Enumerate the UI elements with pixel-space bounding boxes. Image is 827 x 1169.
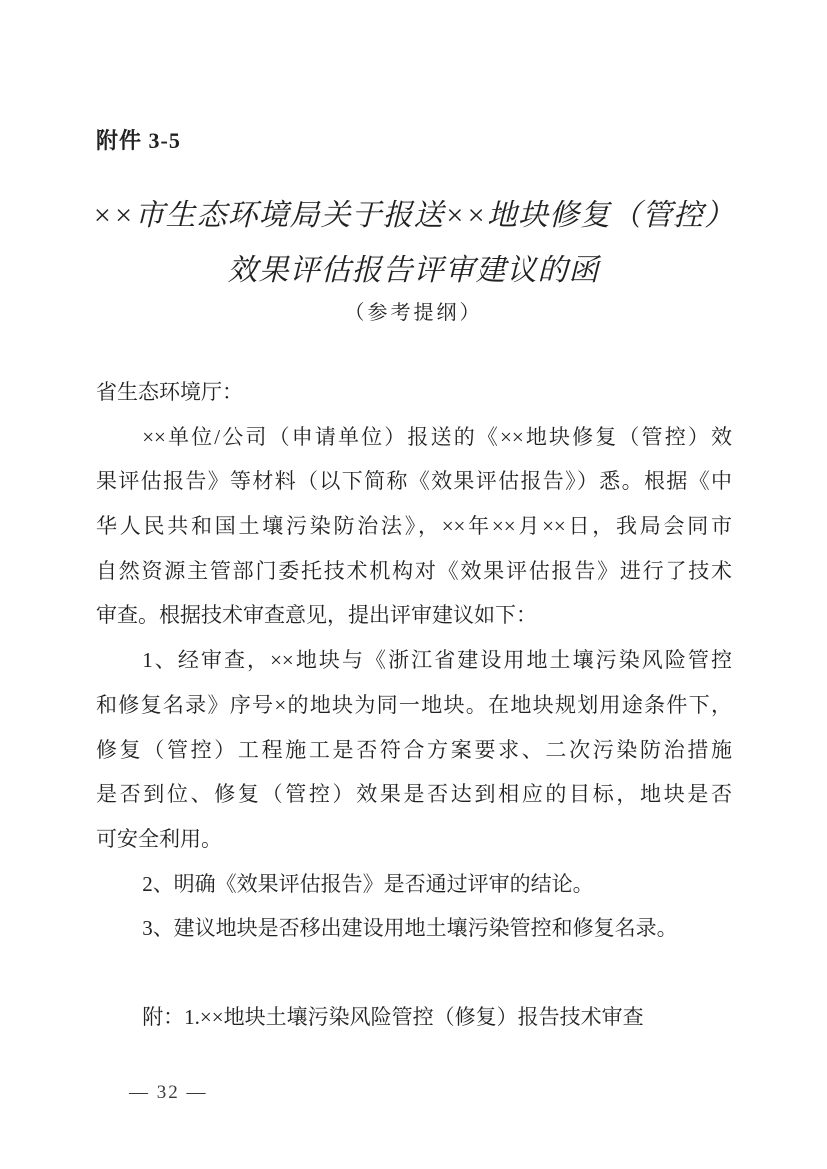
body-line: 审查。根据技术审查意见，提出评审建议如下： <box>96 593 732 638</box>
document-body: 省生态环境厅： ××单位/公司（申请单位）报送的《××地块修复（管控）效果评估报… <box>96 370 732 951</box>
body-line: ××单位/公司（申请单位）报送的《××地块修复（管控）效 <box>96 415 732 460</box>
attachment-label: 附件 3-5 <box>96 124 181 155</box>
body-line: 1、经审查，××地块与《浙江省建设用地土壤污染风险管控 <box>96 638 732 683</box>
body-paragraphs: ××单位/公司（申请单位）报送的《××地块修复（管控）效果评估报告》等材料（以下… <box>96 415 732 951</box>
body-paragraph: 2、明确《效果评估报告》是否通过评审的结论。 <box>96 862 732 907</box>
document-subtitle: （参考提纲） <box>0 296 827 325</box>
document-page: 附件 3-5 ××市生态环境局关于报送××地块修复（管控） 效果评估报告评审建议… <box>0 0 827 1169</box>
salutation: 省生态环境厅： <box>96 370 732 415</box>
document-title: ××市生态环境局关于报送××地块修复（管控） 效果评估报告评审建议的函 <box>0 188 827 298</box>
body-line: 华人民共和国土壤污染防治法》，××年××月××日，我局会同市 <box>96 504 732 549</box>
document-title-line-2: 效果评估报告评审建议的函 <box>0 243 827 298</box>
body-line: 修复（管控）工程施工是否符合方案要求、二次污染防治措施 <box>96 728 732 773</box>
page-number: — 32 — <box>129 1082 208 1104</box>
body-paragraph: ××单位/公司（申请单位）报送的《××地块修复（管控）效果评估报告》等材料（以下… <box>96 415 732 638</box>
body-paragraph: 1、经审查，××地块与《浙江省建设用地土壤污染风险管控和修复名录》序号×的地块为… <box>96 638 732 861</box>
body-line: 3、建议地块是否移出建设用地土壤污染管控和修复名录。 <box>96 906 732 951</box>
body-line: 自然资源主管部门委托技术机构对《效果评估报告》进行了技术 <box>96 549 732 594</box>
body-line: 是否到位、修复（管控）效果是否达到相应的目标，地块是否 <box>96 772 732 817</box>
document-title-line-1: ××市生态环境局关于报送××地块修复（管控） <box>0 188 827 243</box>
body-paragraph: 3、建议地块是否移出建设用地土壤污染管控和修复名录。 <box>96 906 732 951</box>
body-line: 和修复名录》序号×的地块为同一地块。在地块规划用途条件下， <box>96 683 732 728</box>
body-line: 可安全利用。 <box>96 817 732 862</box>
attachment-note: 附：1.××地块土壤污染风险管控（修复）报告技术审查 <box>96 995 756 1040</box>
body-line: 2、明确《效果评估报告》是否通过评审的结论。 <box>96 862 732 907</box>
body-line: 果评估报告》等材料（以下简称《效果评估报告》）悉。根据《中 <box>96 459 732 504</box>
